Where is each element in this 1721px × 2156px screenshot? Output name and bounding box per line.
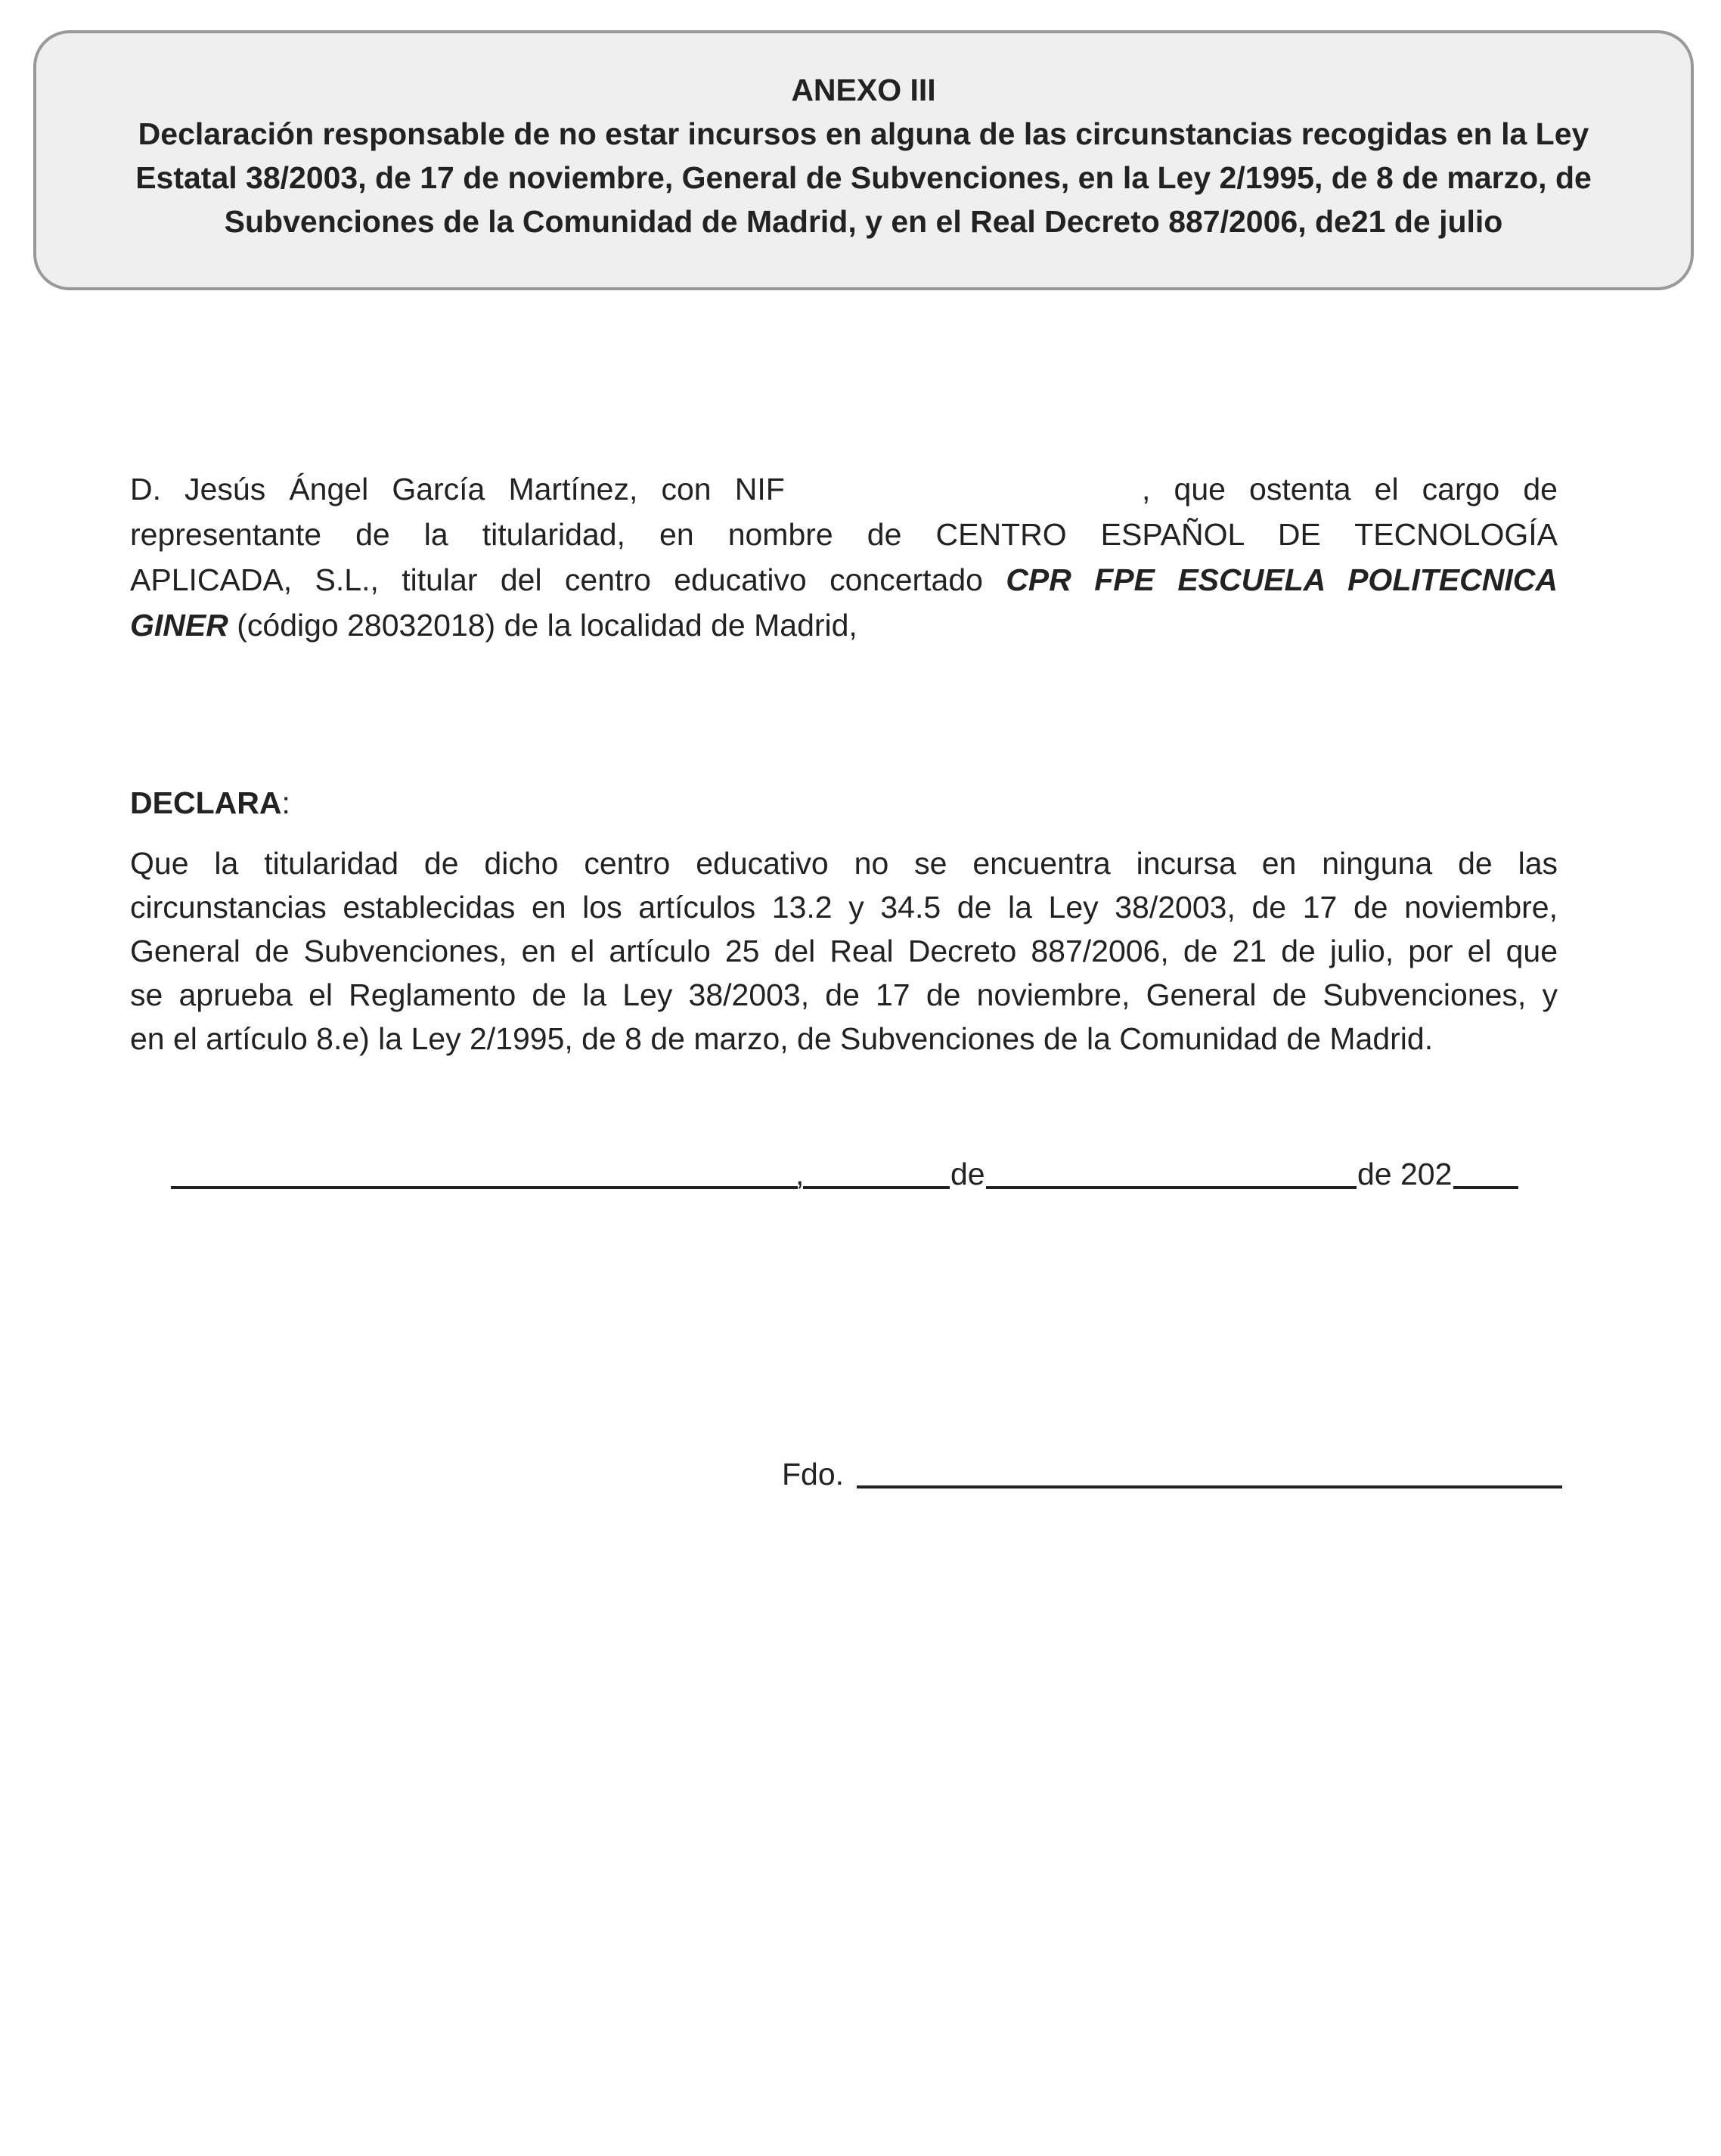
intro-line-3: APLICADA, S.L., titular del centro educa… — [130, 561, 1558, 599]
declara-colon: : — [281, 785, 290, 820]
intro-line-1-rest: , que ostenta el cargo de — [1142, 472, 1558, 506]
declara-heading: DECLARA: — [130, 784, 1558, 822]
declarant-name: D. Jesús Ángel García Martínez, — [130, 472, 637, 506]
signature-field[interactable] — [857, 1485, 1562, 1488]
annex-header-box: ANEXO III Declaración responsable de no … — [33, 30, 1694, 290]
school-code-locality: (código 28032018) de la localidad de Mad… — [237, 608, 857, 643]
annex-title: ANEXO III — [36, 71, 1691, 109]
intro-line-2: representante de la titularidad, en nomb… — [130, 516, 1558, 553]
date-de-1: de — [950, 1155, 985, 1193]
school-name: CPR FPE ESCUELA POLITECNICA — [1006, 562, 1558, 597]
month-field[interactable] — [986, 1186, 1357, 1189]
declara-heading-text: DECLARA — [130, 785, 281, 820]
date-de-2: de 202 — [1357, 1155, 1452, 1193]
school-name-cont: GINER — [130, 608, 228, 643]
company-text: APLICADA, S.L., titular del centro educa… — [130, 562, 983, 597]
declaration-line-2: circunstancias establecidas en los artíc… — [130, 888, 1558, 926]
annex-subtitle-line-3: Subvenciones de la Comunidad de Madrid, … — [36, 203, 1691, 240]
annex-subtitle-line-1: Declaración responsable de no estar incu… — [36, 115, 1691, 153]
signature-label: Fdo. — [782, 1455, 844, 1493]
con-label: con — [661, 472, 711, 506]
nif-label: NIF — [735, 472, 785, 506]
year-field[interactable] — [1453, 1186, 1518, 1189]
declaration-line-5: en el artículo 8.e) la Ley 2/1995, de 8 … — [130, 1020, 1558, 1058]
declaration-line-3: General de Subvenciones, en el artículo … — [130, 932, 1558, 970]
day-field[interactable] — [803, 1186, 950, 1189]
place-field[interactable] — [171, 1186, 798, 1189]
declaration-line-4: se aprueba el Reglamento de la Ley 38/20… — [130, 976, 1558, 1014]
declaration-line-1: Que la titularidad de dicho centro educa… — [130, 844, 1558, 882]
intro-line-1: D. Jesús Ángel García Martínez, con NIF … — [130, 470, 1558, 508]
intro-line-4: GINER (código 28032018) de la localidad … — [130, 606, 1558, 644]
annex-subtitle-line-2: Estatal 38/2003, de 17 de noviembre, Gen… — [36, 159, 1691, 197]
